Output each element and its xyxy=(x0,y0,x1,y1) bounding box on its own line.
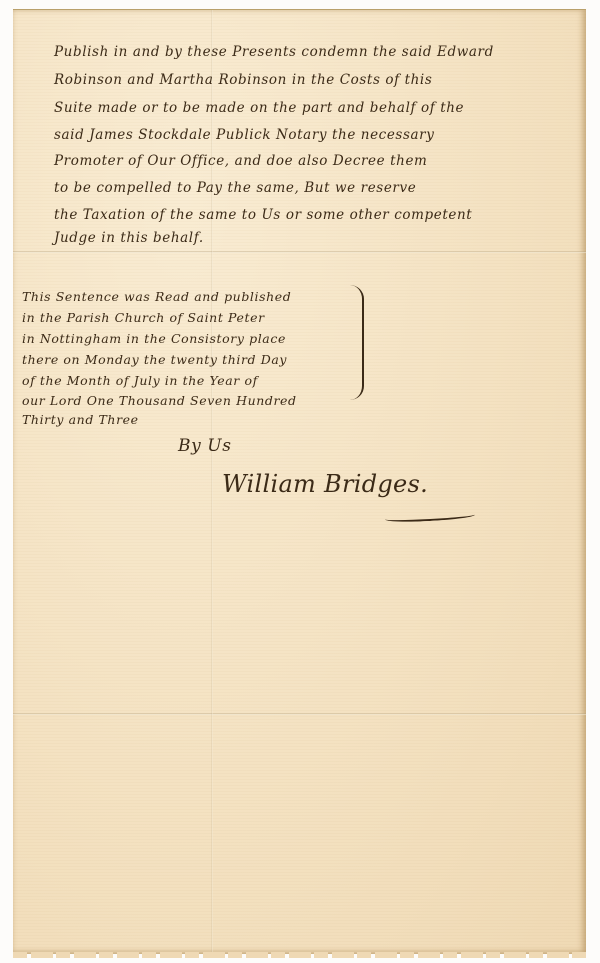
body-line: to be compelled to Pay the same, But we … xyxy=(54,180,416,196)
body-line: Promoter of Our Office, and doe also Dec… xyxy=(54,153,427,169)
closing-by-us: By Us xyxy=(178,436,232,456)
note-line: Thirty and Three xyxy=(22,412,139,427)
signature: William Bridges. xyxy=(222,470,428,498)
note-line: in Nottingham in the Consistory place xyxy=(22,331,286,346)
bracket-mark xyxy=(348,285,364,400)
body-line: the Taxation of the same to Us or some o… xyxy=(54,207,472,223)
fold-line-upper xyxy=(13,251,586,253)
body-line: said James Stockdale Publick Notary the … xyxy=(54,127,434,143)
note-line: This Sentence was Read and published xyxy=(22,289,291,304)
note-line: of the Month of July in the Year of xyxy=(22,373,258,388)
note-line: our Lord One Thousand Seven Hundred xyxy=(22,393,297,408)
body-line: Publish in and by these Presents condemn… xyxy=(54,44,494,60)
fold-line-lower xyxy=(13,713,586,715)
body-line: Suite made or to be made on the part and… xyxy=(54,100,464,116)
note-line: in the Parish Church of Saint Peter xyxy=(22,310,265,325)
note-line: there on Monday the twenty third Day xyxy=(22,352,287,367)
body-line: Robinson and Martha Robinson in the Cost… xyxy=(54,72,432,88)
body-line: Judge in this behalf. xyxy=(54,230,204,246)
fold-line-vertical xyxy=(211,10,213,954)
